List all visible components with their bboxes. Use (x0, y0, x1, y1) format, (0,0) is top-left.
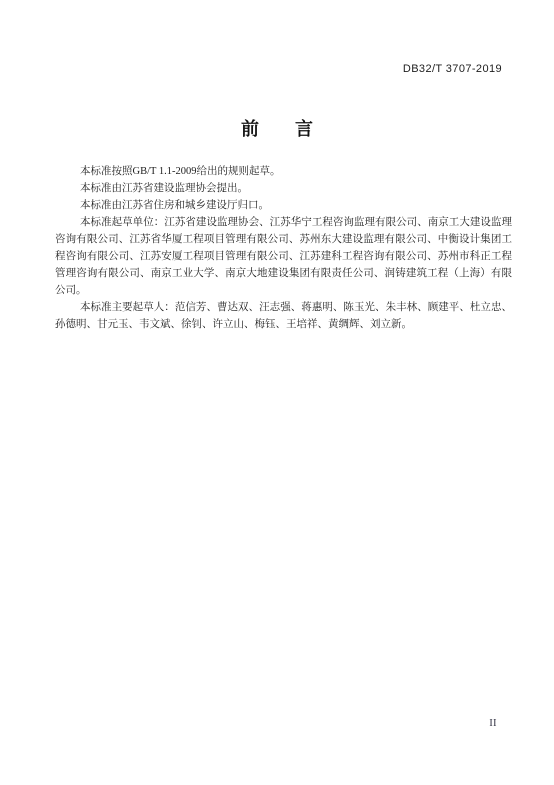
paragraph-drafting-organizations: 本标准起草单位：江苏省建设监理协会、江苏华宁工程咨询监理有限公司、南京工大建设监… (55, 214, 512, 299)
page-number: II (489, 718, 497, 729)
paragraph-main-drafters: 本标准主要起草人：范信芳、曹达双、汪志强、蒋惠明、陈玉光、朱丰林、顾建平、杜立忠… (55, 299, 512, 333)
foreword-body: 本标准按照GB/T 1.1-2009给出的规则起草。 本标准由江苏省建设监理协会… (55, 163, 512, 333)
paragraph-drafting-rule: 本标准按照GB/T 1.1-2009给出的规则起草。 (55, 163, 512, 180)
page-title: 前 言 (0, 119, 554, 141)
paragraph-administered-by: 本标准由江苏省住房和城乡建设厅归口。 (55, 197, 512, 214)
standard-number: DB32/T 3707-2019 (403, 63, 502, 75)
document-page: DB32/T 3707-2019 前 言 本标准按照GB/T 1.1-2009给… (0, 0, 554, 785)
paragraph-proposed-by: 本标准由江苏省建设监理协会提出。 (55, 180, 512, 197)
